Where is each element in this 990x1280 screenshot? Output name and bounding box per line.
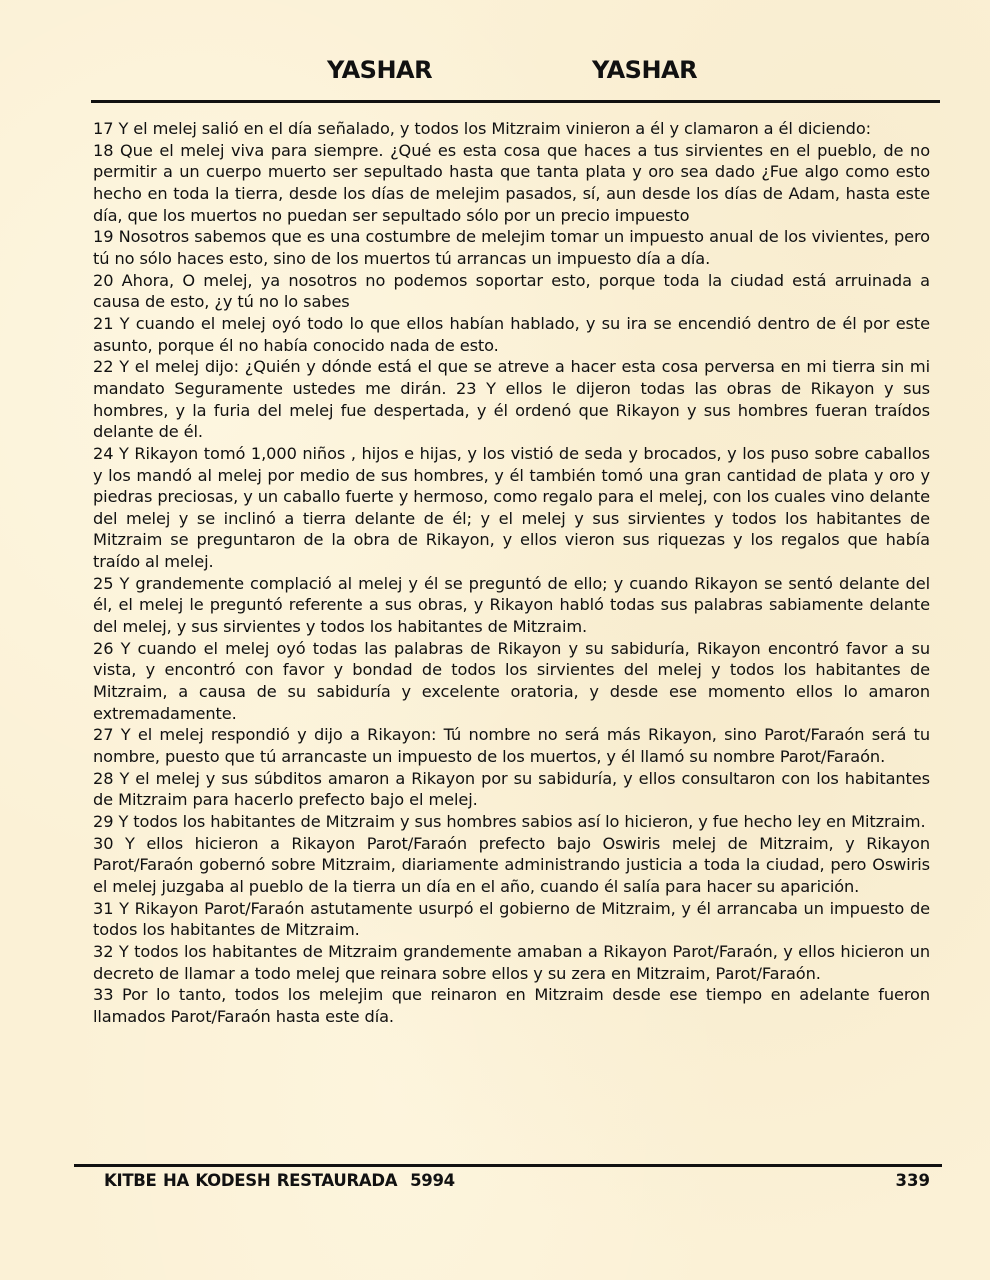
verse-19: 19 Nosotros sabemos que es una costumbre… — [93, 226, 930, 269]
footer-rule — [74, 1164, 942, 1167]
verse-27: 27 Y el melej respondió y dijo a Rikayon… — [93, 724, 930, 767]
footer-book-title: KITBE HA KODESH RESTAURADA 5994 — [104, 1171, 455, 1190]
verse-24: 24 Y Rikayon tomó 1,000 niños , hijos e … — [93, 443, 930, 573]
verse-21: 21 Y cuando el melej oyó todo lo que ell… — [93, 313, 930, 356]
verse-26: 26 Y cuando el melej oyó todas las palab… — [93, 638, 930, 725]
verse-33: 33 Por lo tanto, todos los melejim que r… — [93, 984, 930, 1027]
verse-31: 31 Y Rikayon Parot/Faraón astutamente us… — [93, 898, 930, 941]
verse-32: 32 Y todos los habitantes de Mitzraim gr… — [93, 941, 930, 984]
header-rule — [91, 100, 940, 103]
page-number: 339 — [896, 1171, 930, 1190]
verse-29: 29 Y todos los habitantes de Mitzraim y … — [93, 811, 930, 833]
running-header: YASHAR YASHAR — [0, 56, 990, 90]
header-title-right: YASHAR — [592, 56, 697, 84]
verse-25: 25 Y grandemente complació al melej y él… — [93, 573, 930, 638]
verse-17: 17 Y el melej salió en el día señalado, … — [93, 118, 930, 140]
verse-18: 18 Que el melej viva para siempre. ¿Qué … — [93, 140, 930, 227]
verse-20: 20 Ahora, O melej, ya nosotros no podemo… — [93, 270, 930, 313]
header-title-left: YASHAR — [327, 56, 432, 84]
page-body: 17 Y el melej salió en el día señalado, … — [93, 118, 930, 1028]
verse-28: 28 Y el melej y sus súbditos amaron a Ri… — [93, 768, 930, 811]
verse-22-23: 22 Y el melej dijo: ¿Quién y dónde está … — [93, 356, 930, 443]
verse-30: 30 Y ellos hicieron a Rikayon Parot/Fara… — [93, 833, 930, 898]
